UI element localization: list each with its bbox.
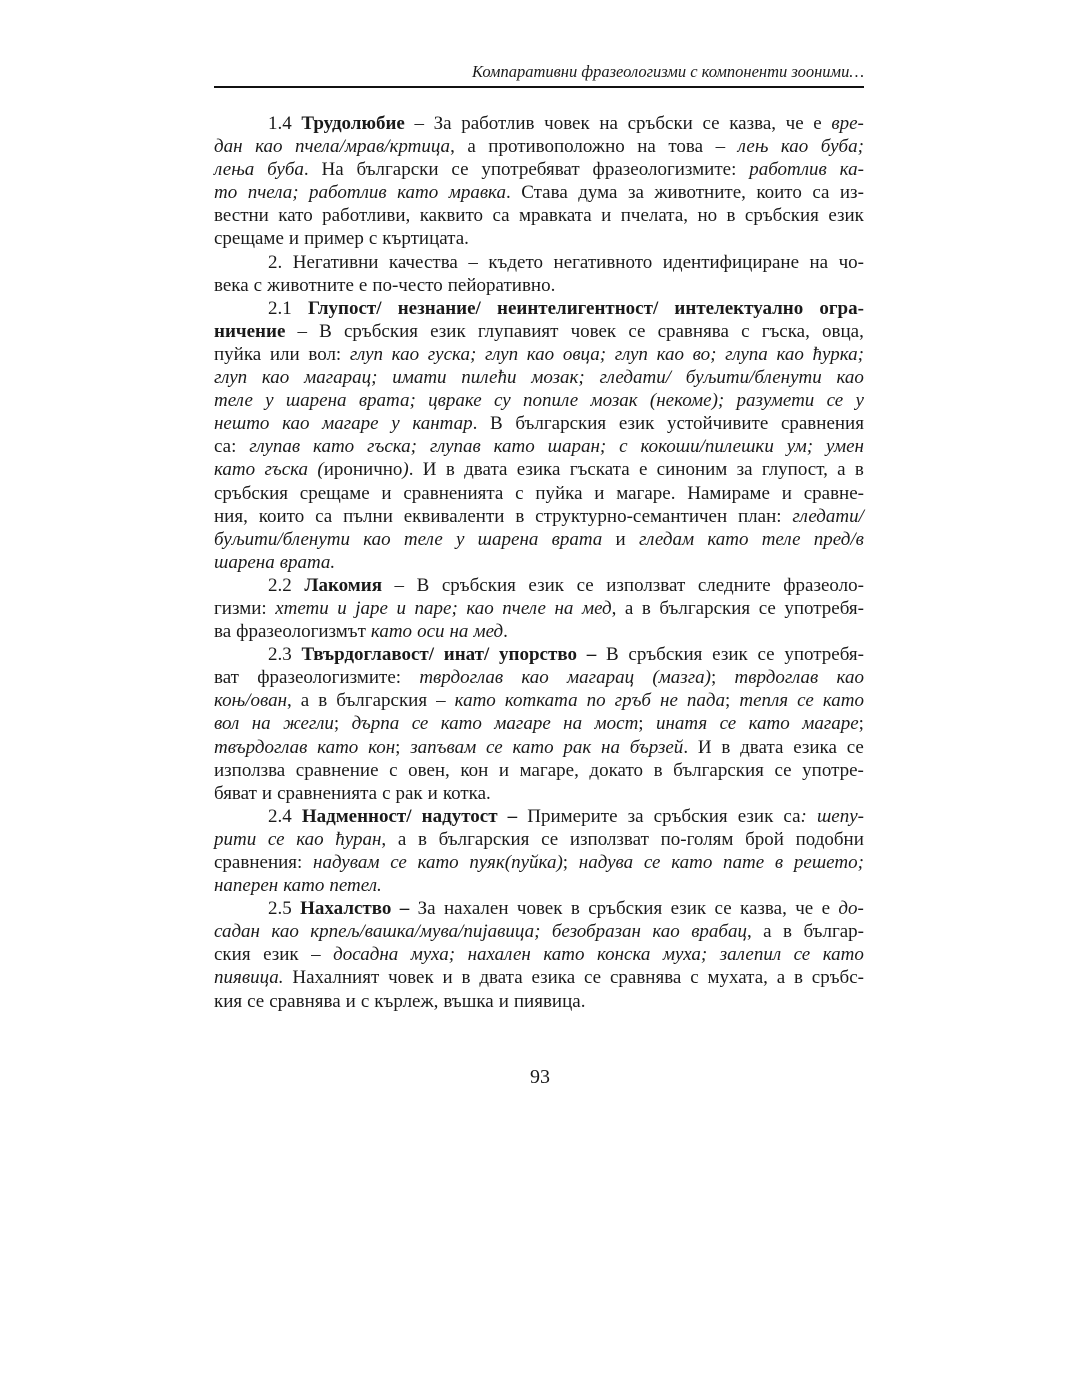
italic-phrase: во;: [693, 344, 717, 365]
word: В: [417, 574, 430, 597]
word: надува: [579, 851, 633, 874]
text-run: план:: [738, 506, 782, 527]
text-run: еквиваленти: [404, 506, 505, 527]
italic-phrase: се: [797, 690, 814, 711]
word: в: [855, 458, 864, 481]
text-run: употребя-: [784, 644, 864, 665]
word: сравне-: [804, 482, 864, 505]
text-run: .: [473, 413, 478, 434]
text-run: в: [318, 690, 327, 711]
text-run: се: [775, 760, 792, 781]
italic-phrase: работлив: [309, 182, 387, 203]
word: фразеологизмите:: [593, 158, 737, 181]
text-run: са:: [214, 436, 236, 457]
text-run: език: [619, 413, 655, 434]
italic-phrase: глуп: [350, 344, 383, 365]
text-run: е: [822, 898, 830, 919]
word: като: [543, 943, 584, 966]
bold-term: огра-: [819, 298, 864, 319]
word: интелектуално: [674, 297, 803, 320]
text-run: –: [436, 690, 446, 711]
text-run: с: [515, 483, 523, 504]
word: език: [828, 204, 864, 227]
text-run: е: [813, 113, 821, 134]
italic-phrase: като: [317, 737, 358, 758]
text-run: използва: [214, 760, 285, 781]
italic-phrase: буљити/бленути: [686, 367, 822, 388]
italic-phrase: безобразан: [552, 921, 641, 942]
word: глупавият: [478, 320, 559, 343]
text-run: подобни: [796, 829, 864, 850]
word: шарена: [214, 551, 275, 574]
text-run: пейоративно.: [448, 275, 556, 296]
italic-phrase: рак: [563, 737, 591, 758]
italic-phrase: дърпа: [352, 713, 400, 734]
word: фразеоло-: [783, 574, 864, 597]
word: на: [810, 251, 829, 274]
word: твърдоглав: [214, 736, 307, 759]
text-line: ритисекаоћуран,авбългарскиясеизползватпо…: [214, 828, 864, 851]
text-run: къртицата.: [382, 228, 469, 249]
italic-phrase: като: [707, 529, 748, 550]
word: срещаме: [214, 227, 284, 250]
text-run: В: [490, 413, 503, 434]
word: но: [697, 204, 717, 227]
text-run: сравнява: [610, 967, 681, 988]
word: котка.: [443, 782, 491, 805]
word: сравнява: [658, 320, 729, 343]
word: дан: [214, 135, 243, 158]
word: (мазга);: [652, 666, 716, 689]
text-run: българския: [673, 760, 764, 781]
italic-phrase: (некоме);: [650, 390, 724, 411]
word: петел.: [329, 874, 381, 897]
italic-phrase: магарац;: [304, 367, 377, 388]
word: то: [214, 181, 237, 204]
bold-term: упорство: [499, 644, 577, 665]
word: на: [554, 597, 573, 620]
text-run: В: [319, 321, 332, 342]
bold-term: –: [400, 898, 410, 919]
text-run: В: [417, 575, 430, 596]
word: тепля: [739, 689, 788, 712]
word: пчела/мрав/кртица,: [295, 135, 455, 158]
text-line: катогъска(иронично).Ивдватаезикагъскатае…: [214, 458, 864, 481]
word: глупав: [249, 435, 300, 458]
word: в: [783, 920, 792, 943]
word: езика: [793, 736, 837, 759]
text-run: и: [782, 483, 792, 504]
word: а: [398, 828, 406, 851]
running-header: Компаративни фразеологизми с компоненти …: [214, 62, 864, 82]
text-run: иронично: [324, 459, 403, 480]
italic-phrase: мозак;: [531, 367, 585, 388]
italic-phrase: на: [563, 713, 582, 734]
word: 2.1: [268, 297, 292, 320]
word: незнание/: [398, 297, 481, 320]
text-line: лењабуба.Набългарскисеупотребяватфразеол…: [214, 158, 864, 181]
text-run: овца,: [822, 321, 864, 342]
italic-phrase: пчела/мрав/кртица: [295, 136, 450, 157]
italic-phrase: като: [823, 690, 864, 711]
italic-phrase: врата.: [280, 552, 335, 573]
word: буљити/бленути: [214, 528, 350, 551]
word: мед,: [582, 597, 616, 620]
text-line: 2.4Надменност/надутост–Примеритезасръбск…: [214, 805, 864, 828]
italic-phrase: с: [619, 436, 627, 457]
bold-term: неинтелигентност/: [497, 298, 658, 319]
text-line: ватфразеологизмите:тврдоглавкаомагарац(м…: [214, 666, 864, 689]
italic-phrase: као: [392, 344, 419, 365]
word: се: [757, 643, 774, 666]
word: за: [737, 458, 753, 481]
text-run: кърлеж,: [374, 991, 438, 1012]
text-run: 2.5: [268, 898, 292, 919]
word: неинтелигентност/: [497, 297, 658, 320]
text-run: българския: [659, 598, 750, 619]
italic-phrase: као: [255, 136, 282, 157]
word: За: [434, 112, 452, 135]
word: ничение: [214, 320, 285, 343]
italic-phrase: като: [397, 182, 438, 203]
text-run: 2.: [268, 252, 282, 273]
word: казва,: [740, 897, 787, 920]
italic-phrase: вол: [214, 713, 239, 734]
text-run: и: [601, 205, 611, 226]
text-run: и: [616, 529, 626, 550]
header-rule: [214, 86, 864, 88]
word: пуйка: [535, 482, 582, 505]
text-line: 2.1Глупост/незнание/неинтелигентност/инт…: [214, 297, 864, 320]
text-run: езика: [531, 967, 575, 988]
word: вестни: [214, 204, 269, 227]
word: а: [625, 597, 633, 620]
text-run: и: [289, 228, 299, 249]
word: муха;: [663, 943, 707, 966]
word: в: [794, 966, 803, 989]
word: и: [397, 597, 407, 620]
text-run: а: [301, 690, 309, 711]
word: имати: [392, 366, 446, 389]
text-line: векасживотнитеепо-честопейоративно.: [214, 274, 864, 297]
text-run: сръбския: [214, 483, 288, 504]
word: идентифициране: [663, 251, 799, 274]
text-run: ,: [450, 136, 455, 157]
word: вре-: [831, 112, 864, 135]
word: работливи,: [322, 204, 410, 227]
word: разумети: [737, 389, 815, 412]
word: с: [369, 227, 377, 250]
word: пред/в: [814, 528, 864, 551]
word: въшка: [443, 990, 493, 1013]
word: као: [392, 343, 419, 366]
word: употребя-: [784, 597, 864, 620]
text-run: се: [451, 159, 468, 180]
text-line: ничение–Всръбскияезикглупавиятчовексесра…: [214, 320, 864, 343]
word: използват: [606, 574, 685, 597]
text-run: Негативни: [293, 252, 379, 273]
word: се: [541, 828, 558, 851]
word: които: [259, 505, 305, 528]
italic-phrase: като: [823, 944, 864, 965]
text-run: език: [738, 806, 774, 827]
bold-term: Глупост/: [308, 298, 382, 319]
text-run: ;: [725, 690, 730, 711]
word: по-често: [372, 274, 442, 297]
word: работлив: [309, 181, 387, 204]
word: се: [268, 828, 285, 851]
word: нешто: [214, 412, 269, 435]
italic-phrase: глуп: [485, 344, 518, 365]
text-run: фразеоло-: [783, 575, 864, 596]
word: Трудолюбие: [301, 112, 405, 135]
text-line: скияезик–досаднамуха;нахаленкатоконскаму…: [214, 943, 864, 966]
word: шаран;: [548, 435, 607, 458]
bold-term: Лакомия: [304, 575, 382, 596]
word: е: [639, 458, 647, 481]
italic-phrase: глуп: [615, 344, 648, 365]
word: като: [441, 712, 482, 735]
italic-phrase: пред/в: [814, 529, 864, 550]
italic-phrase: се: [390, 852, 407, 873]
word: Примерите: [527, 805, 617, 828]
text-run: се: [577, 575, 594, 596]
text-line: телеушаренаврата;цвракесупопилемозак(нек…: [214, 389, 864, 412]
word: вол: [214, 712, 239, 735]
word: као: [837, 366, 864, 389]
word: Глупост/: [308, 297, 382, 320]
word: животните,: [654, 181, 746, 204]
word: пилећи: [461, 366, 516, 389]
italic-phrase: имати: [392, 367, 446, 388]
text-line: използвасравнениесовен,конимагаре,докато…: [214, 759, 864, 782]
word: по-голям: [661, 828, 734, 851]
text-run: сравнения:: [214, 852, 302, 873]
word: в: [775, 851, 783, 874]
text-run: противоположно: [488, 136, 624, 157]
italic-phrase: кон: [368, 737, 395, 758]
text-run: животните,: [654, 182, 746, 203]
text-run: магаре.: [616, 483, 675, 504]
word: и: [381, 482, 391, 505]
italic-phrase: като: [512, 737, 553, 758]
word: су: [494, 389, 511, 412]
bold-term: незнание/: [398, 298, 481, 319]
bold-term: Надменност/: [302, 806, 412, 827]
italic-phrase: се: [412, 713, 429, 734]
italic-phrase: като: [749, 713, 790, 734]
word: в: [721, 736, 730, 759]
text-run: и: [594, 483, 604, 504]
paragraph-p-2-1: 2.1Глупост/незнание/неинтелигентност/инт…: [214, 297, 864, 574]
word: е: [822, 897, 830, 920]
word: език: [712, 643, 748, 666]
italic-phrase: пада: [687, 690, 725, 711]
text-line: вафразеологизмъткатоосинамед.: [214, 620, 864, 643]
italic-phrase: мед: [582, 598, 612, 619]
word: с: [361, 990, 369, 1013]
text-run: кия: [214, 991, 242, 1012]
text-run: в: [418, 829, 427, 850]
word: пейоративно.: [448, 274, 556, 297]
word: пример: [304, 227, 364, 250]
italic-phrase: се: [644, 852, 661, 873]
italic-phrase: се: [720, 713, 737, 734]
word: пчела;: [248, 181, 299, 204]
italic-phrase: ћуран: [335, 829, 381, 850]
italic-phrase: коњ/ован: [214, 690, 287, 711]
word: Надменност/: [302, 805, 412, 828]
word: ския: [214, 943, 251, 966]
word: теле: [214, 389, 253, 412]
word: двата: [740, 736, 783, 759]
word: пчеле: [502, 597, 546, 620]
word: а: [837, 458, 845, 481]
word: са: [812, 181, 829, 204]
text-run: двата: [479, 967, 522, 988]
text-run: 2.3: [268, 644, 292, 665]
italic-phrase: шарена: [286, 390, 347, 411]
paragraph-p-2: 2.Негативникачества–къдетонегативнотоиде…: [214, 251, 864, 297]
italic-phrase: на: [601, 737, 620, 758]
text-run: ския: [214, 944, 251, 965]
text-run: и: [499, 991, 509, 1012]
word: се: [412, 712, 429, 735]
word: с: [515, 482, 523, 505]
word: јаре: [355, 597, 388, 620]
text-run: на: [599, 113, 618, 134]
word: фразеологизмите:: [257, 666, 401, 689]
text-run: гъската: [570, 459, 630, 480]
word: работлив: [461, 112, 534, 135]
word: качества: [389, 251, 458, 274]
text-run: мухата,: [707, 967, 767, 988]
text-run: пчелата,: [621, 205, 688, 226]
text-run: с: [382, 783, 390, 804]
text-run: За: [418, 898, 436, 919]
word: противоположно: [488, 135, 624, 158]
word: ват: [214, 666, 239, 689]
word: е: [359, 274, 367, 297]
word: в: [571, 897, 580, 920]
word: или: [270, 343, 300, 366]
word: нахален: [444, 897, 509, 920]
word: Нахалният: [292, 966, 379, 989]
italic-phrase: садан: [214, 921, 260, 942]
text-run: и: [499, 760, 509, 781]
word: като: [749, 712, 790, 735]
bold-term: ничение: [214, 321, 285, 342]
word: се: [628, 320, 645, 343]
word: глупа: [725, 343, 768, 366]
text-run: Намираме: [687, 483, 770, 504]
text-run: На: [321, 159, 343, 180]
text-run: пълни: [343, 506, 393, 527]
word: като: [455, 689, 496, 712]
italic-phrase: муха;: [663, 944, 707, 965]
word: врата: [552, 528, 603, 551]
word: са:: [783, 805, 806, 828]
word: ва: [214, 620, 231, 643]
italic-phrase: досадна: [333, 944, 398, 965]
italic-phrase: као: [282, 413, 309, 434]
text-run: вол:: [308, 344, 341, 365]
text-line: твърдоглавкатокон;запъвамсекаторакнабърз…: [214, 736, 864, 759]
word: по: [587, 689, 606, 712]
word: За: [418, 897, 436, 920]
word: ћуран,: [335, 828, 386, 851]
text-run: котка.: [443, 783, 491, 804]
word: българ-: [803, 920, 864, 943]
word: у: [855, 389, 863, 412]
word: крпељ/вашка/мува/пијавица;: [310, 920, 540, 943]
text-run: употре-: [802, 760, 864, 781]
word: досадна: [333, 943, 398, 966]
italic-phrase: надувам: [313, 852, 379, 873]
word: тврдоглав: [419, 666, 503, 689]
text-run: се: [715, 898, 732, 919]
italic-phrase: као: [521, 667, 548, 688]
text-run: каквито: [420, 205, 483, 226]
italic-phrase: у: [265, 390, 273, 411]
text-run: сръбския: [745, 205, 819, 226]
word: структурно-семантичен: [535, 505, 727, 528]
italic-phrase: конска: [597, 944, 650, 965]
text-run: които: [756, 182, 802, 203]
text-line: гизми:хтетиијареипаре;каопчеленамед,авбъ…: [214, 597, 864, 620]
word: коњ/ован,: [214, 689, 292, 712]
text-run: човек: [544, 113, 590, 134]
bold-term: Твърдоглавост/: [302, 644, 435, 665]
text-run: се: [757, 644, 774, 665]
word: гъска: [264, 458, 308, 481]
word: сравнява: [269, 990, 340, 1013]
text-run: българ-: [803, 921, 864, 942]
word: мед.: [473, 620, 507, 643]
italic-phrase: као: [363, 529, 390, 550]
text-run: докато: [589, 760, 643, 781]
italic-phrase: врата: [552, 529, 603, 550]
italic-phrase: като: [455, 690, 496, 711]
italic-phrase: като: [214, 459, 255, 480]
text-run: гъска,: [762, 321, 810, 342]
word: цвраке: [428, 389, 482, 412]
text-run: работлив: [461, 113, 534, 134]
text-run: Примерите: [527, 806, 617, 827]
text-line: киясесравняваискърлеж,въшкаипиявица.: [214, 990, 864, 1013]
text-run: език: [671, 898, 707, 919]
word: буба.: [267, 158, 309, 181]
word: вол:: [308, 343, 341, 366]
text-run: фразеологизмът: [236, 621, 366, 642]
text-run: с: [361, 991, 369, 1012]
word: мозак: [590, 389, 637, 412]
word: сръбския: [745, 204, 819, 227]
text-run: и: [381, 483, 391, 504]
italic-phrase: гледати/: [600, 367, 672, 388]
italic-phrase: мозак: [590, 390, 637, 411]
italic-phrase: глупав: [249, 436, 300, 457]
word: гръб: [615, 689, 651, 712]
word: български: [357, 158, 439, 181]
word: в: [654, 759, 663, 782]
text-run: езика: [517, 459, 561, 480]
word: език: [738, 805, 774, 828]
text-run: И: [423, 459, 437, 480]
text-run: За: [434, 113, 452, 134]
word: се: [715, 897, 732, 920]
italic-phrase: кантар: [412, 413, 472, 434]
